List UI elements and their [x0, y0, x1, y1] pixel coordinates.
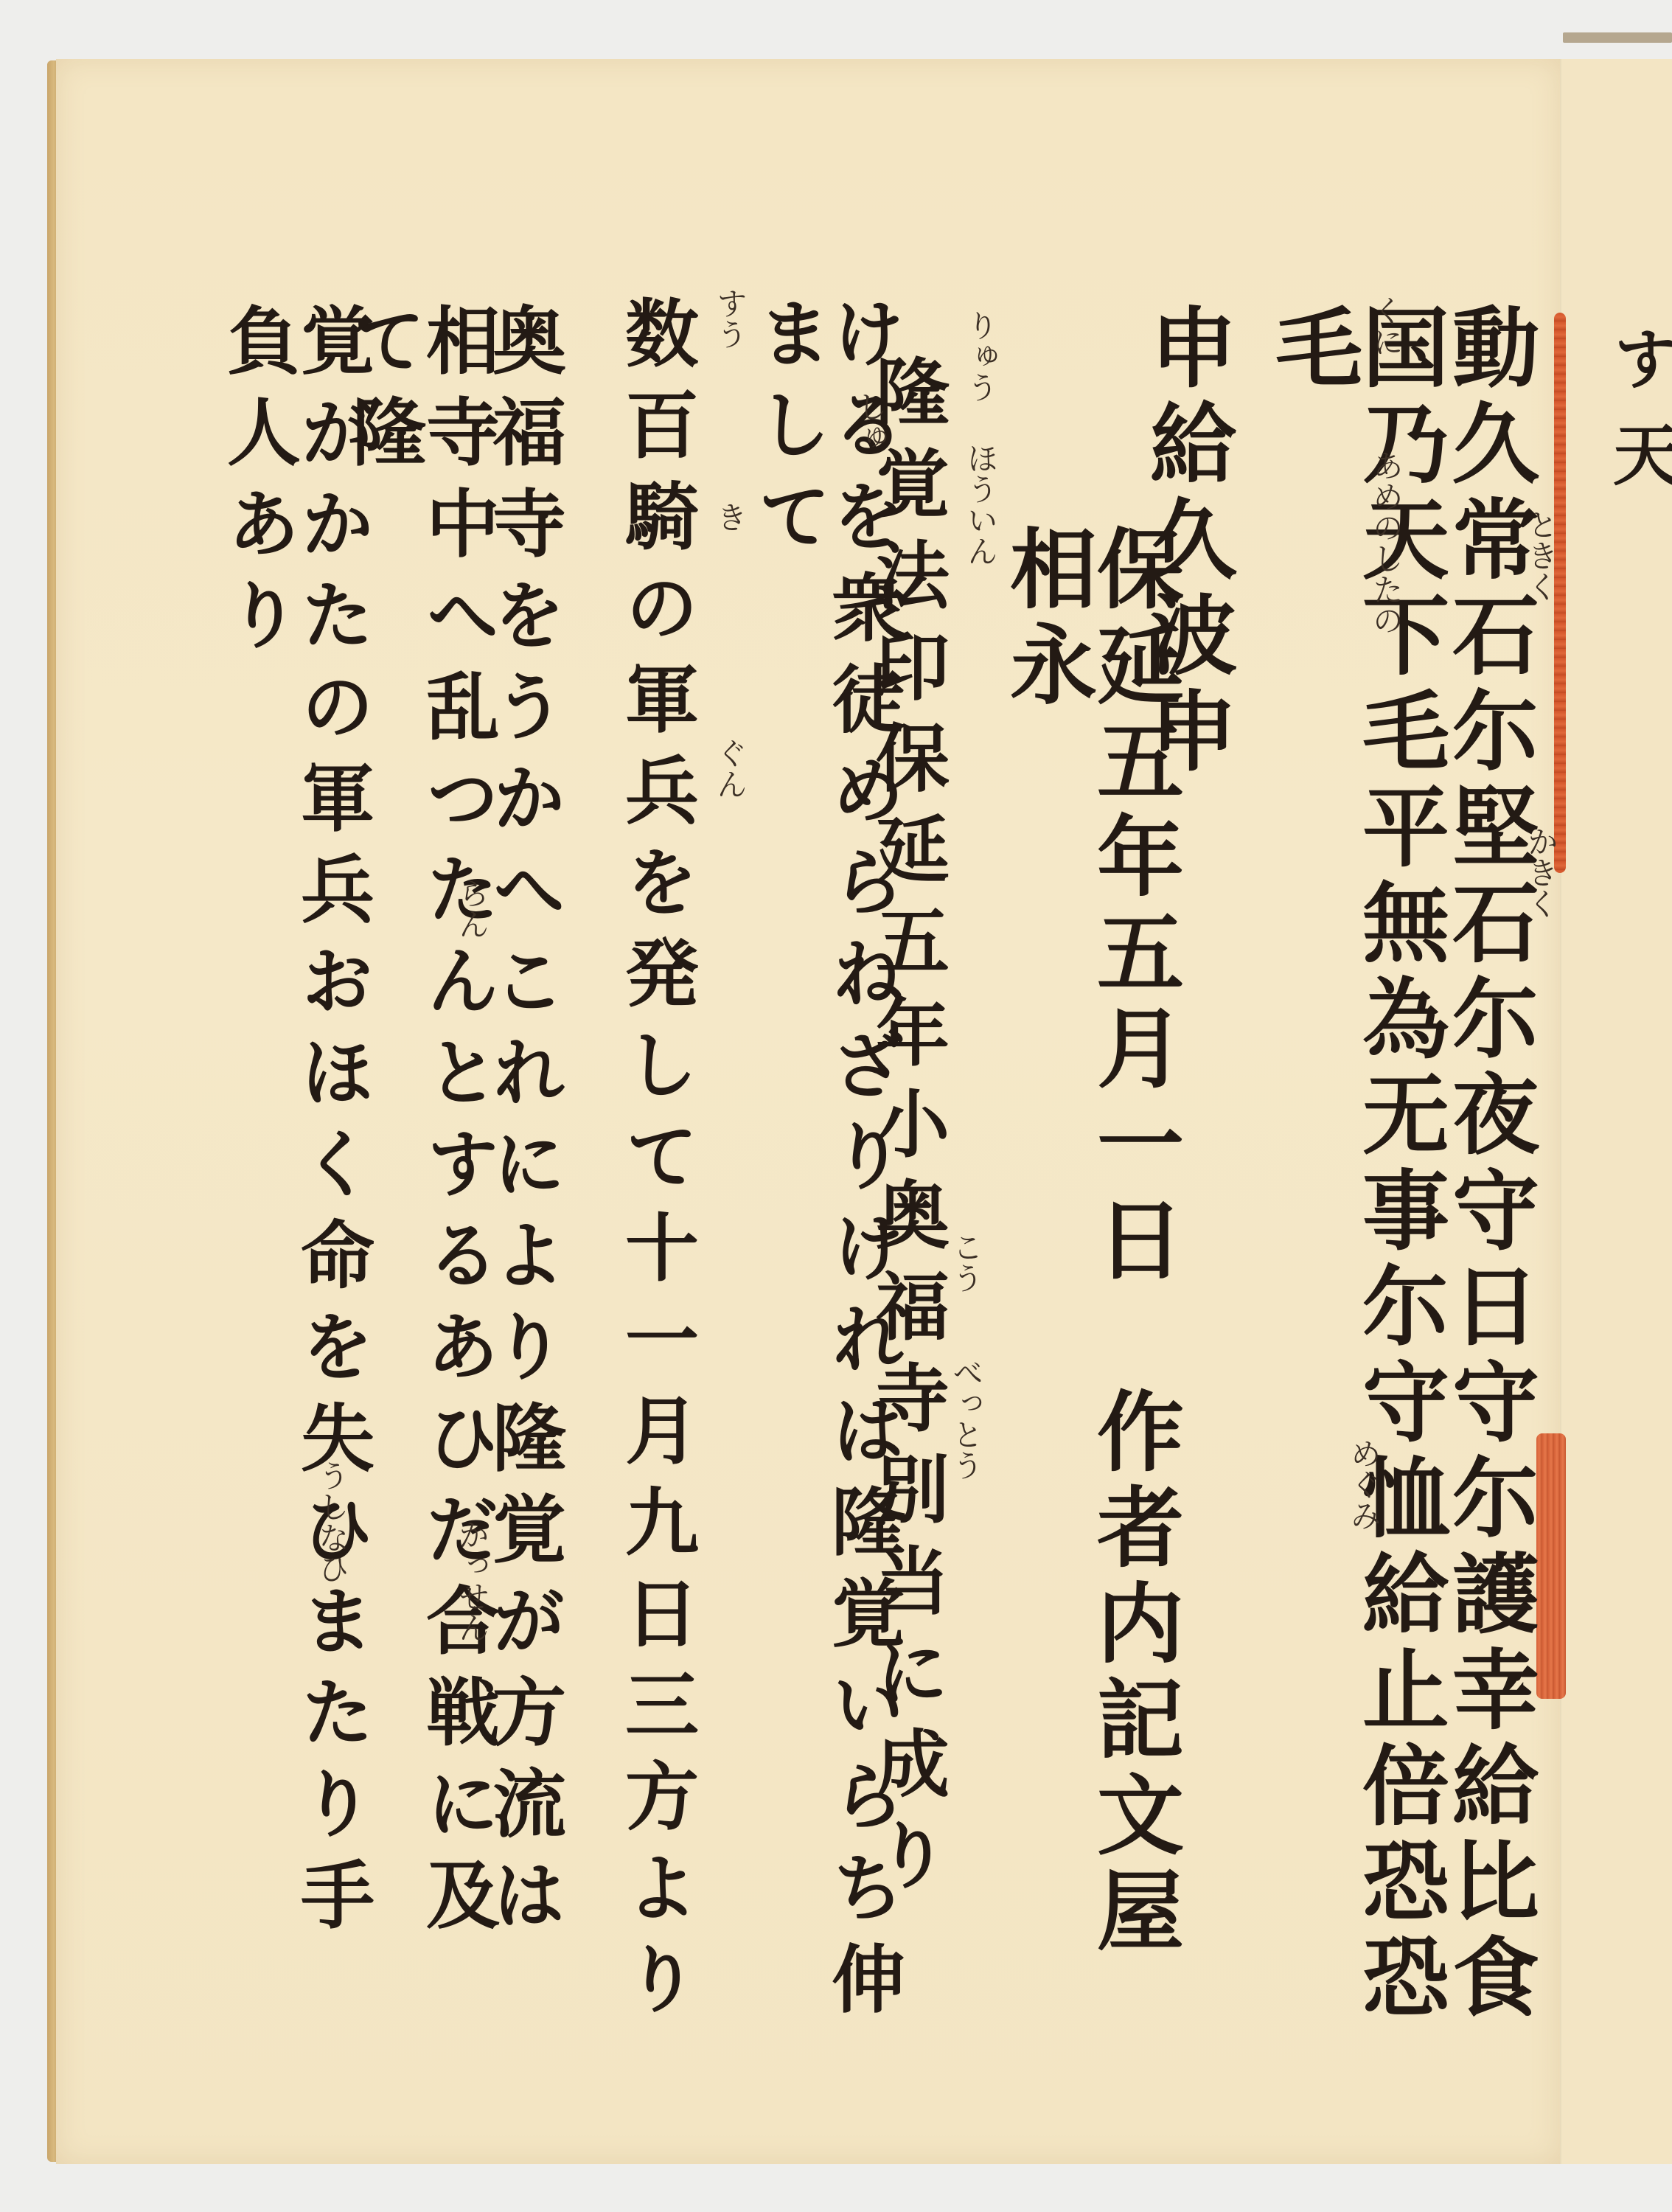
text-column-6: けるを衆徒めらねざりけれは隆覚いらち伸まして: [752, 295, 899, 2035]
next-page-text: す天: [1607, 324, 1672, 516]
ruby-col6-a: しゅ: [848, 391, 892, 453]
text-column-2: 国乃天下毛平無為无事尓守恤給止倍恐恐毛: [1268, 302, 1442, 2035]
ruby-col5-d: こう: [944, 1231, 988, 1293]
ruby-col2-c: めぐみ: [1342, 1438, 1386, 1531]
ruby-col5-a: りゅう: [958, 310, 1003, 403]
text-body: 動久常石尓堅石尓夜守日守尓護幸給比食 ときく かきく 国乃天下毛平無為无事尓守恤…: [192, 280, 1519, 2035]
text-column-10: 覚がかたの軍兵おほく命を失ひまたり手負人あり: [221, 302, 369, 2035]
ruby-col5-c: ほういん: [958, 442, 1003, 566]
ruby-col2-b: あめのしたの: [1364, 450, 1408, 636]
ruby-col7-b: き: [708, 501, 752, 532]
ruby-col7-c: ぐん: [708, 737, 752, 799]
ruby-col7-a: すう: [708, 288, 752, 349]
ruby-col5-f: べっとう: [944, 1357, 988, 1481]
ruby-col2-a: くに: [1364, 295, 1408, 357]
ruby-col9-a: らん: [450, 877, 494, 939]
text-column-4: 保延五年五月一日 作者内記文屋相永: [1003, 524, 1177, 2035]
spine-top-binding: [1563, 32, 1672, 43]
binding-thread-lower: [1536, 1433, 1566, 1699]
ruby-col1-a: ときく: [1519, 509, 1563, 602]
ruby-col9-b: かっせん: [450, 1519, 494, 1643]
text-column-7: 数百騎の軍兵を発して十一月九日三方より: [619, 295, 693, 2032]
ruby-col1-b: かきく: [1519, 826, 1563, 919]
ruby-col10-a: うしなひ: [310, 1460, 354, 1584]
